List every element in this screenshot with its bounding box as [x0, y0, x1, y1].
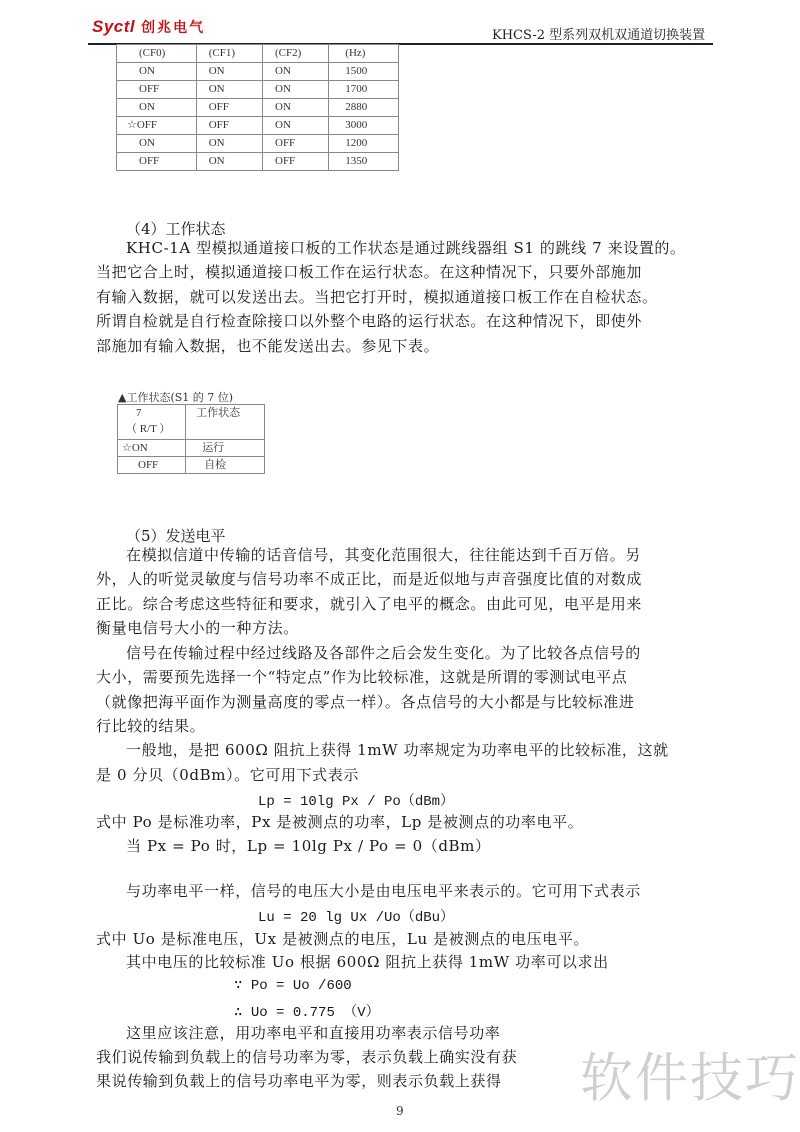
header-cell: (CF0)	[117, 45, 197, 63]
table-cell: OFF	[196, 99, 262, 117]
table-cell: ON	[117, 63, 197, 81]
table-cell: ON	[196, 153, 262, 171]
paragraph-line: 信号在传输过程中经过线路及各部件之后会发生变化。为了比较各点信号的	[126, 641, 756, 666]
formula-voltage-level: Lu = 20 lg Ux /Uo（dBu）	[258, 906, 454, 926]
paragraph-line: 其中电压的比较标准 Uo 根据 600Ω 阻抗上获得 1mW 功率可以求出	[126, 950, 756, 975]
table-cell: ON	[196, 63, 262, 81]
paragraph-line: 式中 Po 是标准功率，Px 是被测点的功率，Lp 是被测点的功率电平。	[96, 810, 726, 835]
paragraph-line: 大小，需要预先选择一个“特定点”作为比较标准，这就是所谓的零测试电平点	[96, 665, 726, 690]
header-cell: (CF2)	[263, 45, 329, 63]
table-cell: OFF	[118, 457, 186, 474]
table-row: ☆ON 运行	[118, 440, 265, 457]
paragraph-line: 所谓自检就是自行检查除接口以外整个电路的运行状态。在这种情况下，即使外	[96, 309, 726, 334]
table-cell: ON	[117, 99, 197, 117]
table-cell: 1350	[329, 153, 399, 171]
frequency-config-table: (CF0) (CF1) (CF2) (Hz) ON ON ON 1500 OFF…	[116, 44, 399, 171]
paragraph-line: 当 Px = Po 时，Lp = 10lg Px / Po = 0（dBm）	[126, 834, 756, 859]
table-cell: ON	[263, 99, 329, 117]
table-cell: ON	[196, 81, 262, 99]
header-cell: 7 （ R/T ）	[118, 405, 186, 440]
paragraph-line: 行比较的结果。	[96, 714, 726, 739]
table-cell: OFF	[263, 135, 329, 153]
paragraph-line: 外，人的听觉灵敏度与信号功率不成正比，而是近似地与声音强度比值的对数成	[96, 567, 726, 592]
table-cell: OFF	[263, 153, 329, 171]
page-number: 9	[396, 1104, 404, 1118]
table-cell: ON	[263, 117, 329, 135]
header-cell: (CF1)	[196, 45, 262, 63]
document-title: KHCS-2 型系列双机双通道切换装置	[492, 24, 705, 43]
table-row: OFF ON ON 1700	[117, 81, 399, 99]
paragraph-line: 当把它合上时，模拟通道接口板工作在运行状态。在这种情况下，只要外部施加	[96, 260, 726, 285]
table-cell: 1700	[329, 81, 399, 99]
paragraph-line: 一般地，是把 600Ω 阻抗上获得 1mW 功率规定为功率电平的比较标准，这就	[126, 738, 756, 763]
table-cell: OFF	[196, 117, 262, 135]
formula-because: ∵ Po = Uo /600	[234, 977, 352, 994]
table-cell: 1500	[329, 63, 399, 81]
table-row: OFF ON OFF 1350	[117, 153, 399, 171]
paragraph-line: 正比。综合考虑这些特征和要求，就引入了电平的概念。由此可见，电平是用来	[96, 592, 726, 617]
header-cell-line: （ R/T ）	[126, 421, 185, 437]
table-row: ON ON OFF 1200	[117, 135, 399, 153]
table-cell: 1200	[329, 135, 399, 153]
paragraph-line: （就像把海平面作为测量高度的零点一样）。各点信号的大小都是与比较标准进	[96, 690, 726, 715]
table-header-row: (CF0) (CF1) (CF2) (Hz)	[117, 45, 399, 63]
table-cell: ☆ON	[118, 440, 186, 457]
paragraph-line: 与功率电平一样，信号的电压大小是由电压电平来表示的。它可用下式表示	[126, 879, 756, 904]
table-row: OFF 自检	[118, 457, 265, 474]
work-state-table: 7 （ R/T ） 工作状态 ☆ON 运行 OFF 自检	[117, 404, 265, 474]
table-cell: ☆OFF	[117, 117, 197, 135]
logo-chinese-name: 创兆电气	[141, 19, 205, 35]
header-cell-line: 7	[126, 405, 185, 421]
paragraph-line: 部施加有输入数据，也不能发送出去。参见下表。	[96, 334, 726, 359]
table-cell: 3000	[329, 117, 399, 135]
table-cell: OFF	[117, 81, 197, 99]
table-row: ON OFF ON 2880	[117, 99, 399, 117]
table-header-row: 7 （ R/T ） 工作状态	[118, 405, 265, 440]
table-cell: ON	[263, 81, 329, 99]
formula-power-level: Lp = 10lg Px / Po（dBm）	[258, 790, 454, 810]
header-cell: 工作状态	[186, 405, 265, 440]
company-logo: Syctl创兆电气	[92, 17, 205, 37]
paragraph-line: KHC-1A 型模拟通道接口板的工作状态是通过跳线器组 S1 的跳线 7 来设置…	[126, 236, 756, 261]
table-row: ☆OFF OFF ON 3000	[117, 117, 399, 135]
paragraph-line: 是 0 分贝（0dBm）。它可用下式表示	[96, 763, 726, 788]
table-cell: ON	[263, 63, 329, 81]
logo-brand: Syctl	[92, 17, 135, 36]
paragraph-line: 衡量电信号大小的一种方法。	[96, 616, 726, 641]
header-cell: (Hz)	[329, 45, 399, 63]
paragraph-line: 式中 Uo 是标准电压，Ux 是被测点的电压，Lu 是被测点的电压电平。	[96, 927, 726, 952]
table-cell: OFF	[117, 153, 197, 171]
table-caption: ▲工作状态(S1 的 7 位)	[118, 389, 233, 405]
paragraph-line: 有输入数据，就可以发送出去。当把它打开时，模拟通道接口板工作在自检状态。	[96, 285, 726, 310]
table-cell: ON	[196, 135, 262, 153]
watermark-text: 软件技巧	[572, 1036, 800, 1112]
table-cell: 运行	[186, 440, 265, 457]
table-row: ON ON ON 1500	[117, 63, 399, 81]
table-cell: 自检	[186, 457, 265, 474]
table-cell: ON	[117, 135, 197, 153]
table-cell: 2880	[329, 99, 399, 117]
paragraph-line: 在模拟信道中传输的话音信号，其变化范围很大，往往能达到千百万倍。另	[126, 543, 756, 568]
formula-therefore: ∴ Uo = 0.775 （V）	[234, 1001, 380, 1021]
